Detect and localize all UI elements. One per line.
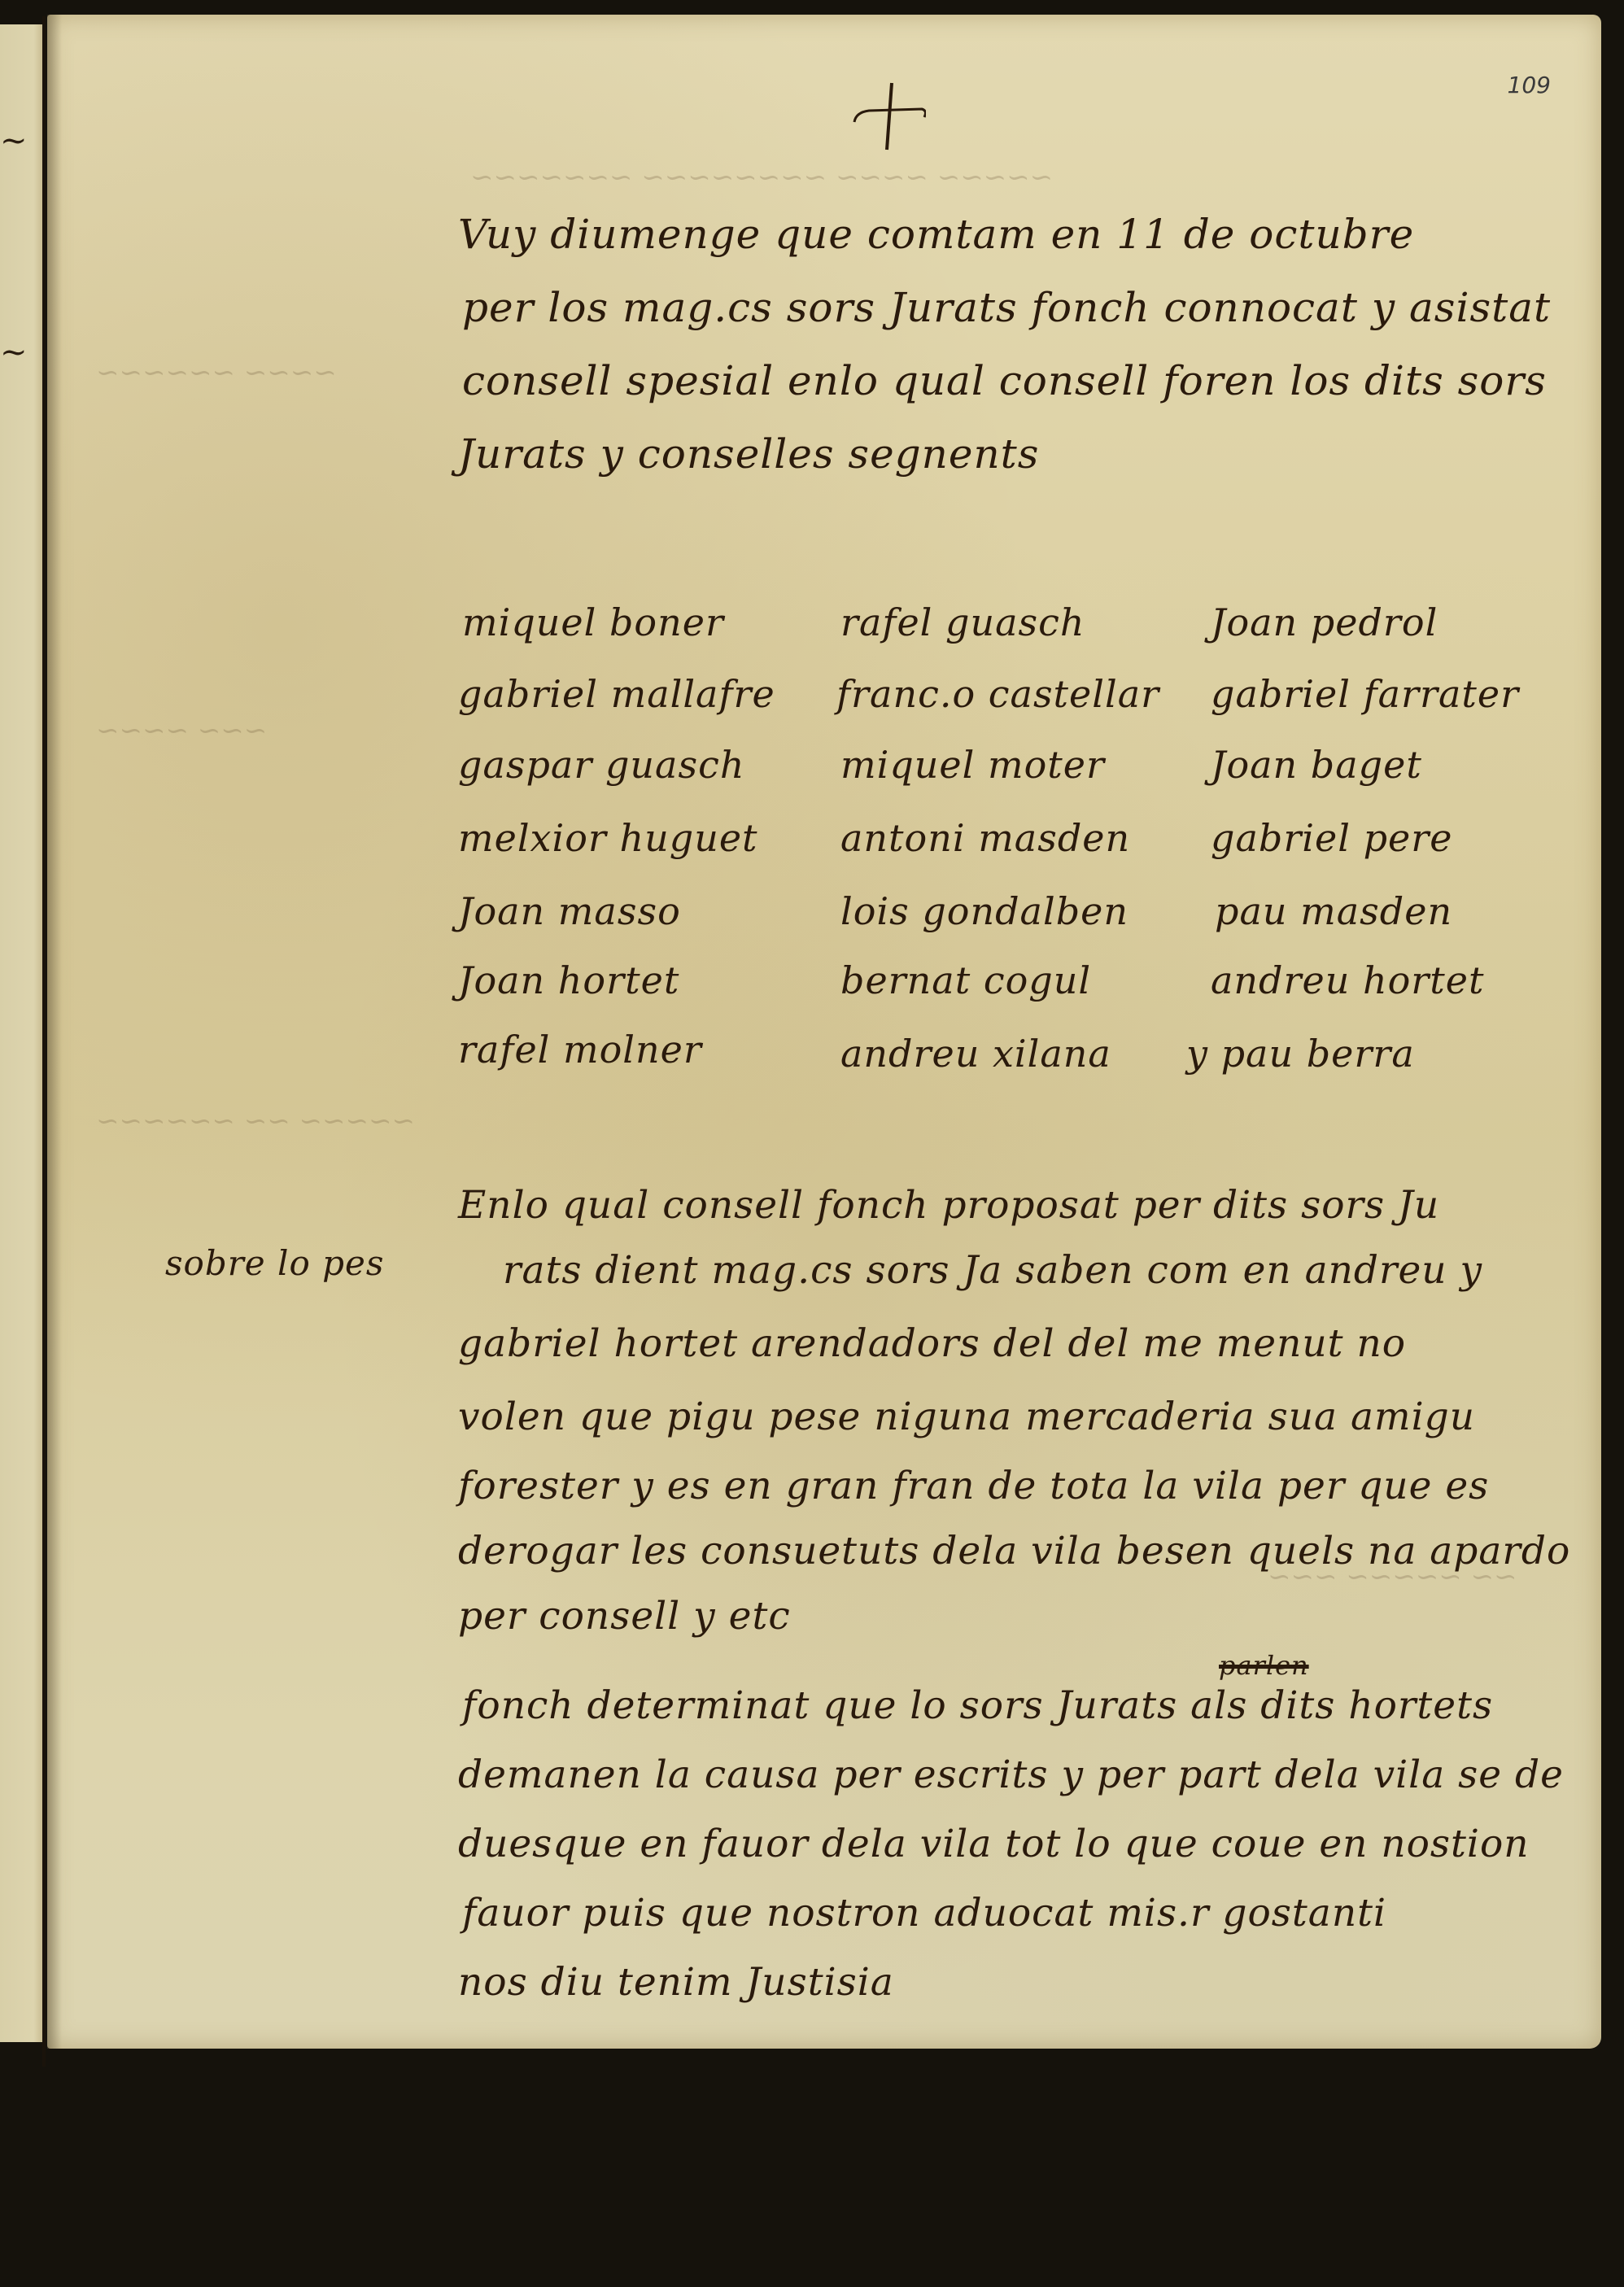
attendee-name: gabriel farrater: [1211, 672, 1519, 716]
struck-insertion: parlen: [1219, 1650, 1309, 1681]
proposal-line: gabriel hortet arendadors del del me men…: [458, 1325, 1406, 1363]
binding-gutter: [42, 16, 46, 2067]
resolution-line: fonch determinat que lo sors Jurats als …: [462, 1687, 1493, 1725]
attendee-name: rafel molner: [458, 1028, 702, 1071]
bleed-through-text: ~~~~~ ~~ ~~~~~~: [96, 1105, 415, 1137]
proposal-line: volen que pigu pese niguna mercaderia su…: [458, 1398, 1475, 1436]
attendee-name: andreu hortet: [1211, 958, 1484, 1002]
facing-page-ink-mark: ~: [0, 122, 28, 159]
opening-line: consell spesial enlo qual consell foren …: [462, 360, 1547, 401]
resolution-line: nos diu tenim Justisia: [458, 1963, 894, 2001]
attendee-name: pau masden: [1215, 889, 1452, 933]
opening-line: Vuy diumenge que comtam en 11 de octubre: [458, 214, 1414, 255]
cross-heading-icon: [853, 80, 926, 153]
bleed-through-text: ~~~~ ~~~~~~: [96, 356, 337, 389]
attendee-name: lois gondalben: [840, 889, 1129, 933]
manuscript-page: ~~~~~ ~~~~ ~~~~~~~~ ~~~~~~~ ~~~~ ~~~~~~ …: [47, 15, 1601, 2049]
proposal-line: derogar les consuetuts dela vila besen q…: [458, 1532, 1570, 1570]
attendee-name: Joan hortet: [458, 958, 679, 1002]
attendee-name: melxior huguet: [458, 816, 758, 860]
attendee-name: Joan pedrol: [1211, 600, 1438, 644]
attendee-name: Joan masso: [458, 889, 681, 933]
bleed-through-text: ~~~ ~~~~: [96, 714, 267, 747]
proposal-line: Enlo qual consell fonch proposat per dit…: [458, 1186, 1439, 1224]
attendee-name: miquel boner: [462, 600, 724, 644]
proposal-line: rats dient mag.cs sors Ja saben com en a…: [503, 1251, 1482, 1290]
opening-line: Jurats y conselles segnents: [458, 434, 1039, 474]
resolution-line: duesque en fauor dela vila tot lo que co…: [458, 1825, 1530, 1863]
attendee-name: Joan baget: [1211, 743, 1422, 787]
attendee-name: andreu xilana: [840, 1032, 1111, 1076]
attendee-name: gabriel mallafre: [458, 672, 775, 716]
attendee-name: franc.o castellar: [836, 672, 1159, 716]
facing-page-ink-mark: ~: [0, 334, 28, 371]
facing-page-edge: ~ ~: [0, 24, 42, 2042]
attendee-name: miquel moter: [840, 743, 1105, 787]
bleed-through-text: ~~~~~ ~~~~ ~~~~~~~~ ~~~~~~~: [470, 161, 1053, 194]
attendee-name: y pau berra: [1186, 1032, 1415, 1076]
folio-number: 109: [1508, 72, 1551, 98]
proposal-line: forester y es en gran fran de tota la vi…: [458, 1467, 1489, 1505]
page-inner-shadow: [47, 15, 62, 2049]
resolution-line: fauor puis que nostron aduocat mis.r gos…: [462, 1894, 1386, 1932]
margin-note: sobre lo pes: [165, 1243, 384, 1283]
attendee-name: antoni masden: [840, 816, 1130, 860]
attendee-name: bernat cogul: [840, 958, 1091, 1002]
opening-line: per los mag.cs sors Jurats fonch connoca…: [462, 287, 1551, 328]
attendee-name: gabriel pere: [1211, 816, 1452, 860]
attendee-name: gaspar guasch: [458, 743, 744, 787]
attendee-name: rafel guasch: [840, 600, 1085, 644]
resolution-line: demanen la causa per escrits y per part …: [458, 1756, 1564, 1794]
proposal-line: per consell y etc: [458, 1597, 791, 1635]
